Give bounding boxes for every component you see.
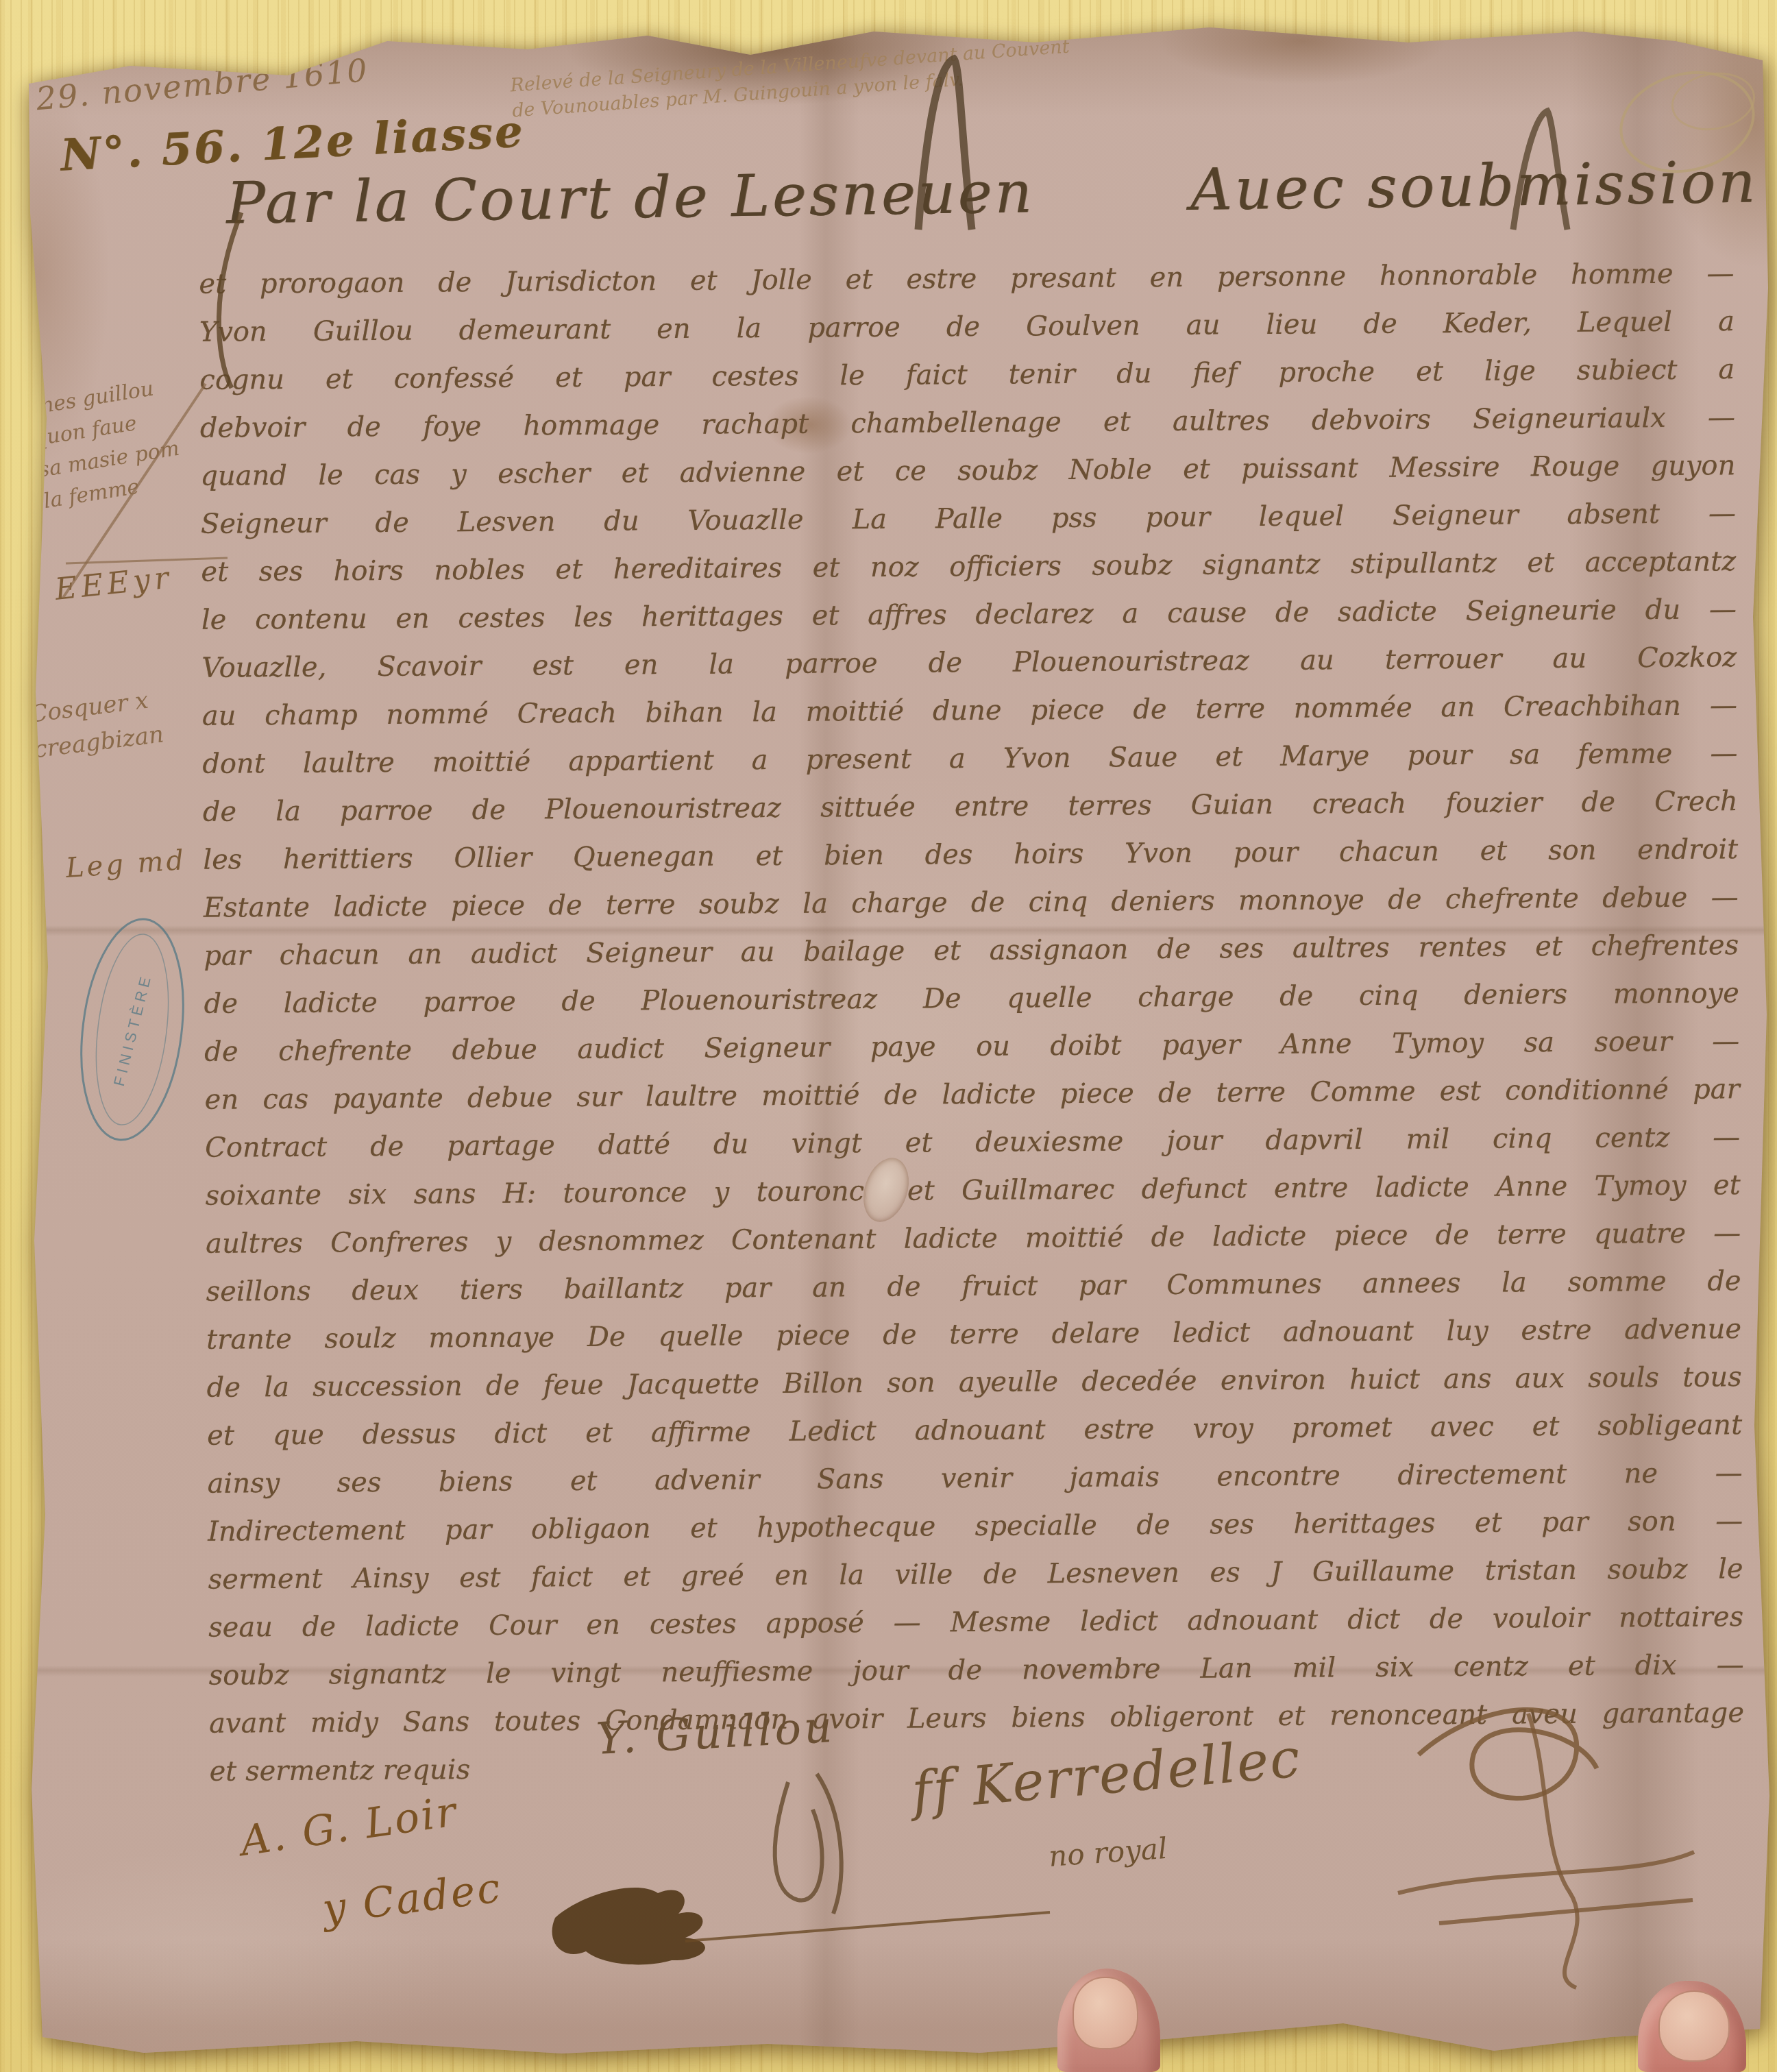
margin-note-guillou: ynes guillouquon fauesa masie pomla femm… [27, 371, 186, 517]
fingernail-right [1658, 1990, 1730, 2062]
archival-date: 29. novembre 1610 [35, 51, 370, 117]
margin-note-cosquer: Cosquer xcreagbizan [27, 681, 165, 768]
body-text: et prorogaon de Jurisdicton et Jolle et … [199, 249, 1745, 1796]
notary-paraphe-underline [1398, 1852, 1694, 1923]
ink-blot-tail [685, 1912, 1050, 1941]
stamp-text: FINISTÈRE [110, 971, 155, 1088]
margin-note-leg: Leg md [65, 844, 188, 884]
signature-witness2: y Cadec [320, 1864, 505, 1934]
parchment-document: 29. novembre 1610 Relevé de la Seigneury… [0, 0, 1777, 2072]
archive-oval-stamp: FINISTÈRE [60, 907, 204, 1152]
pencil-circle-flourish-small [1668, 67, 1758, 136]
margin-note-elyr: EEEyr [53, 560, 175, 607]
fingernail-left [1073, 1977, 1138, 2049]
parchment-shadow-wrap: 29. novembre 1610 Relevé de la Seigneury… [0, 0, 1777, 2072]
signature-notary-title: no royal [1048, 1831, 1168, 1873]
ff-paraphe-flourish [775, 1774, 842, 1914]
signature-witness1: A. G. Loir [238, 1788, 461, 1866]
archival-note: Relevé de la Seigneury de la Villeneufve… [509, 34, 1072, 124]
ink-blot [552, 1888, 705, 1964]
photo-canvas: 29. novembre 1610 Relevé de la Seigneury… [0, 0, 1777, 2072]
heading-left: Par la Court de Lesneuen [225, 158, 1035, 236]
heading-right: Auec soubmission [1190, 148, 1758, 223]
document-heading: Par la Court de Lesneuen Auec soubmissio… [225, 148, 1758, 236]
